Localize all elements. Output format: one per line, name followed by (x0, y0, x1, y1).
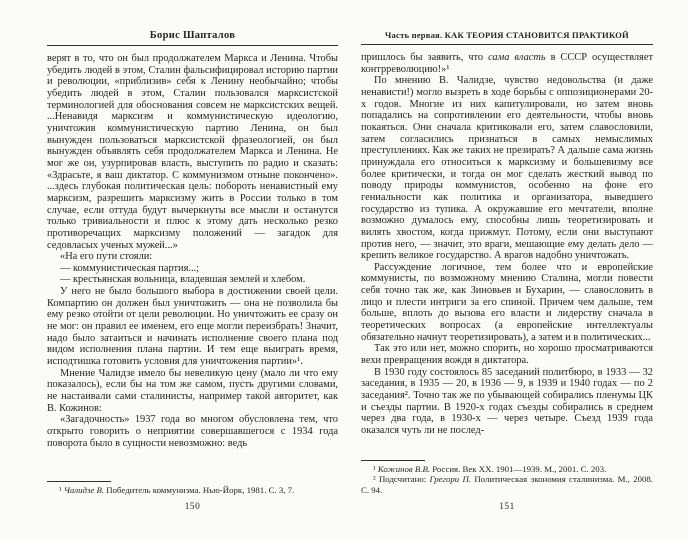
text-run: «На его пути стояли: (60, 251, 152, 262)
text-run: У него не было большого выбора в достиже… (47, 286, 338, 367)
left-page-foot: ¹ Чалидзе В. Победитель коммунизма. Нью-… (47, 478, 338, 512)
paragraph: «На его пути стояли: (47, 251, 338, 263)
paragraph: «Загадочность» 1937 года во многом обусл… (47, 414, 338, 449)
text-run: пришлось бы заявить, что (361, 52, 488, 63)
paragraph: ¹ Чалидзе В. Победитель коммунизма. Нью-… (47, 485, 338, 495)
paragraph: Рассуждение логичное, тем более что и ев… (361, 262, 653, 344)
right-page: Часть первая. КАК ТЕОРИЯ СТАНОВИТСЯ ПРАК… (361, 30, 653, 512)
paragraph: Мнение Чалидзе имело бы невеликую цену (… (47, 368, 338, 415)
paragraph: — коммунистическая партия...; (47, 263, 338, 275)
right-page-foot: ¹ Кожинов В.В. Россия. Век XX. 1901—1939… (361, 457, 653, 512)
left-footnotes: ¹ Чалидзе В. Победитель коммунизма. Нью-… (47, 485, 338, 495)
text-run: По мнению В. Чалидзе, чувство недовольст… (361, 75, 653, 261)
paragraph: ² Подсчитано: Грегори П. Политическая эк… (361, 474, 653, 495)
text-run: Россия. Век XX. 1901—1939. М., 2001. С. … (430, 464, 606, 474)
right-header-rule (361, 44, 653, 45)
text-run: Мнение Чалидзе имело бы невеликую цену (… (47, 368, 338, 414)
text-run: Рассуждение логичное, тем более что и ев… (361, 262, 653, 343)
italic-text: Чалидзе В. (64, 485, 104, 495)
paragraph: У него не было большого выбора в достиже… (47, 286, 338, 368)
paragraph: верят в то, что он был продолжателем Мар… (47, 53, 338, 251)
italic-text: Грегори П. (430, 474, 472, 484)
text-run: Так это или нет, можно спорить, но хорош… (361, 343, 653, 366)
text-run: — крестьянская вольница, владевшая земле… (60, 274, 305, 285)
paragraph: пришлось бы заявить, что сама власть в С… (361, 52, 653, 75)
paragraph: ¹ Кожинов В.В. Россия. Век XX. 1901—1939… (361, 464, 653, 474)
right-running-head: Часть первая. КАК ТЕОРИЯ СТАНОВИТСЯ ПРАК… (361, 30, 653, 45)
text-run: «Загадочность» 1937 года во многом обусл… (47, 414, 338, 448)
paragraph: По мнению В. Чалидзе, чувство недовольст… (361, 75, 653, 262)
left-footnote-rule (47, 481, 111, 482)
paragraph: Так это или нет, можно спорить, но хорош… (361, 343, 653, 366)
left-page: Борис Шапталов верят в то, что он был пр… (47, 30, 338, 512)
left-running-head-text: Борис Шапталов (47, 30, 338, 41)
left-page-body: верят в то, что он был продолжателем Мар… (47, 53, 338, 478)
text-run: ² Подсчитано: (373, 474, 430, 484)
right-footnotes: ¹ Кожинов В.В. Россия. Век XX. 1901—1939… (361, 464, 653, 495)
text-run: Победитель коммунизма. Нью-Йорк, 1981. С… (104, 485, 294, 495)
text-run: В 1930 году состоялось 85 заседаний поли… (361, 367, 653, 436)
italic-text: сама власть (488, 52, 546, 63)
right-page-body: пришлось бы заявить, что сама власть в С… (361, 52, 653, 457)
right-running-head-text: Часть первая. КАК ТЕОРИЯ СТАНОВИТСЯ ПРАК… (361, 30, 653, 40)
paragraph: В 1930 году состоялось 85 заседаний поли… (361, 367, 653, 437)
text-run: — коммунистическая партия...; (60, 263, 199, 274)
paragraph: — крестьянская вольница, владевшая земле… (47, 274, 338, 286)
text-run: верят в то, что он был продолжателем Мар… (47, 53, 338, 251)
left-page-number: 150 (47, 502, 338, 512)
book-spread: Борис Шапталов верят в то, что он был пр… (0, 0, 688, 540)
right-page-number: 151 (361, 502, 653, 512)
italic-text: Кожинов В.В. (378, 464, 430, 474)
right-footnote-rule (361, 460, 425, 461)
left-header-rule (47, 45, 338, 46)
left-running-head: Борис Шапталов (47, 30, 338, 46)
